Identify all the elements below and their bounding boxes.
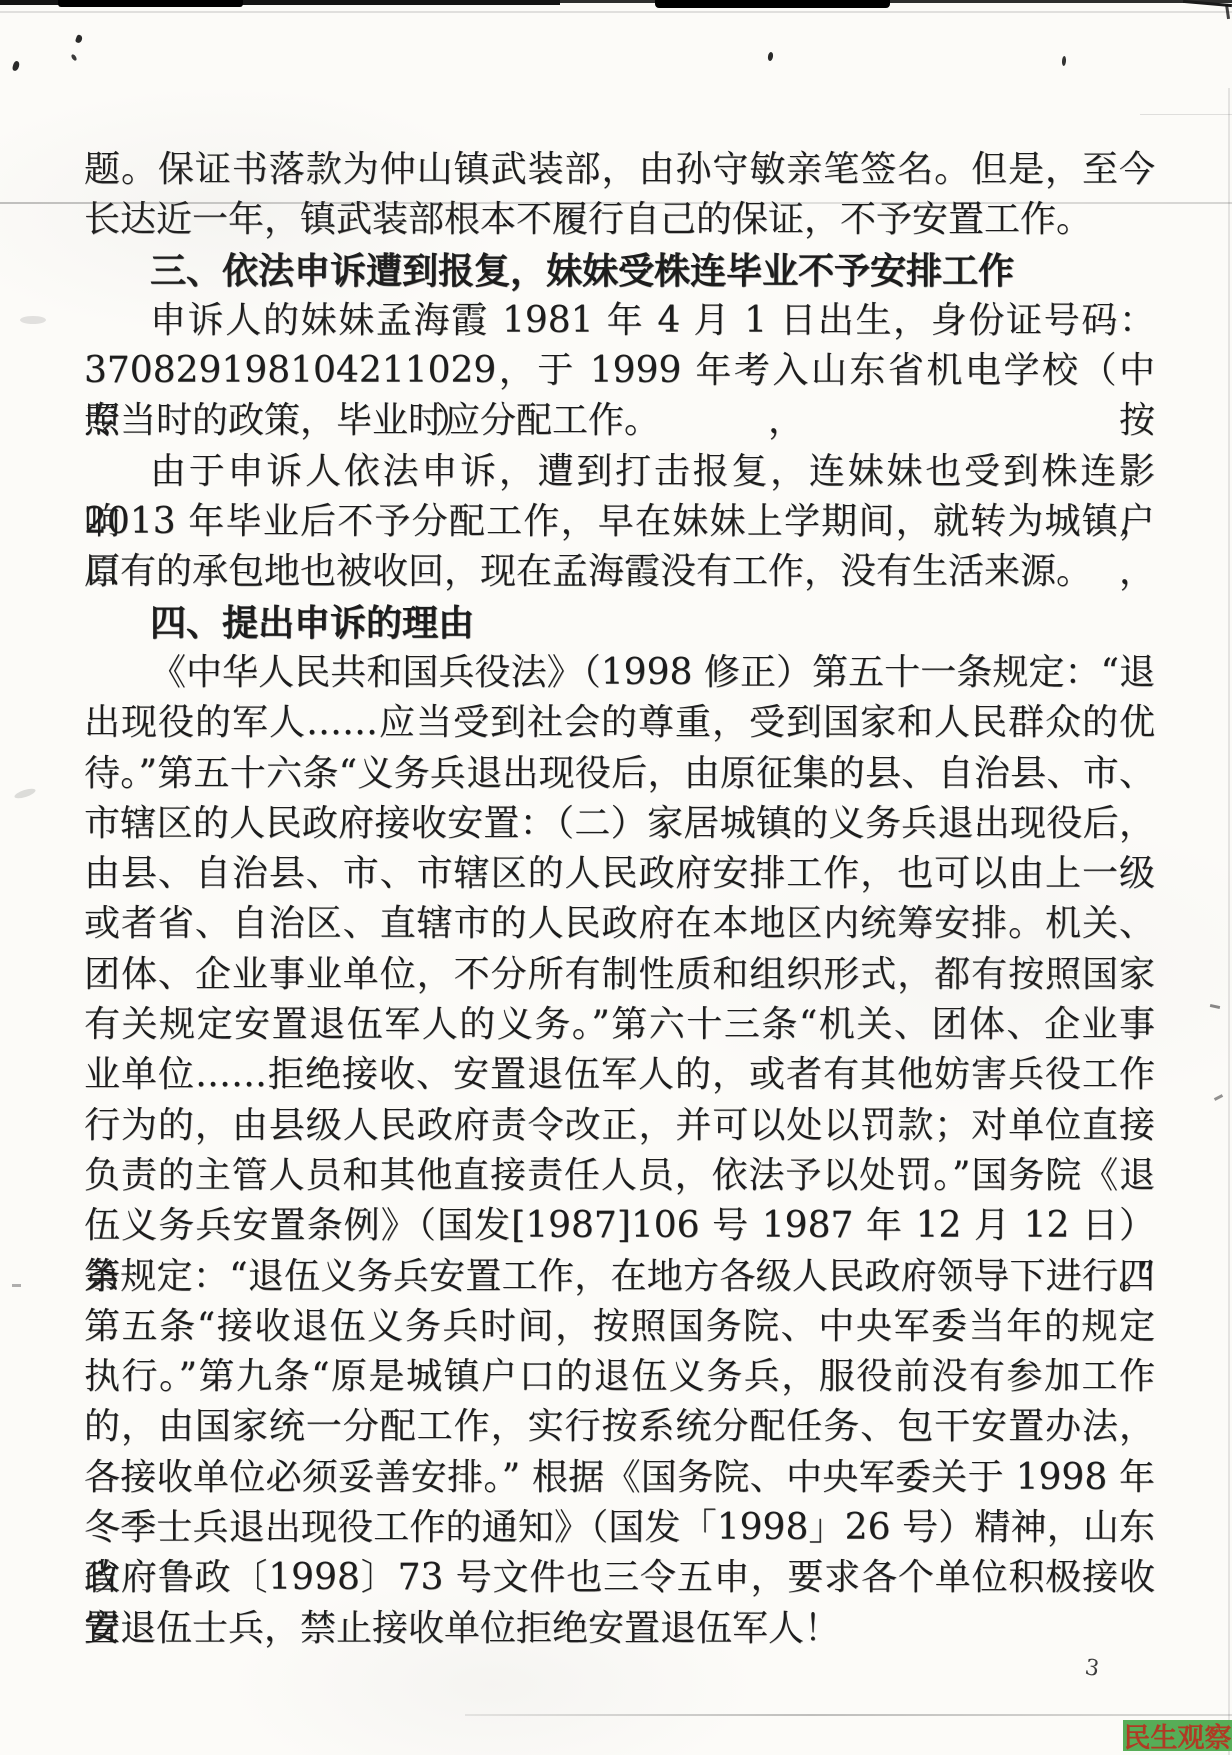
scan-speck bbox=[767, 52, 773, 62]
document-line: 2013 年毕业后不予分配工作，早在妹妹上学期间，就转为城镇户口， bbox=[84, 497, 1155, 547]
scan-speck bbox=[12, 1284, 21, 1287]
document-heading-line: 四、提出申诉的理由 bbox=[84, 598, 1155, 648]
document-line: 业单位……拒绝接收、安置退伍军人的，或者有其他妨害兵役工作 bbox=[84, 1050, 1155, 1100]
scan-speck bbox=[70, 53, 77, 61]
document-line: 或者省、自治区、直辖市的人民政府在本地区内统筹安排。机关、 bbox=[84, 899, 1155, 949]
document-heading-line: 三、依法申诉遭到报复，妹妹受株连毕业不予安排工作 bbox=[84, 246, 1155, 296]
document-line: 伍义务兵安置条例》（国发[1987]106 号 1987 年 12 月 12 日… bbox=[84, 1201, 1155, 1251]
document-line: 政府鲁政〔1998〕73 号文件也三令五申，要求各个单位积极接收安 bbox=[84, 1553, 1155, 1603]
page-number: 3 bbox=[1083, 1655, 1101, 1682]
scan-speck bbox=[75, 34, 83, 44]
scan-artifact-top-bar bbox=[0, 0, 1232, 3]
document-line: 条规定：“退伍义务兵安置工作，在地方各级人民政府领导下进行。” bbox=[84, 1252, 1155, 1302]
document-line: 冬季士兵退出现役工作的通知》（国发「1998」26 号）精神，山东省 bbox=[84, 1503, 1155, 1553]
document-line: 申诉人的妹妹孟海霞 1981 年 4 月 1 日出生，身份证号码： bbox=[84, 296, 1155, 346]
scan-artifact-paper-edge-line bbox=[1228, 88, 1230, 1755]
document-line: 原有的承包地也被收回，现在孟海霞没有工作，没有生活来源。 bbox=[84, 547, 1155, 597]
document-line: 《中华人民共和国兵役法》（1998 修正）第五十一条规定：“退 bbox=[84, 648, 1155, 698]
document-line: 由县、自治县、市、市辖区的人民政府安排工作，也可以由上一级 bbox=[84, 849, 1155, 899]
document-line: 团体、企业事业单位，不分所有制性质和组织形式，都有按照国家 bbox=[84, 950, 1155, 1000]
document-line: 的，由国家统一分配工作，实行按系统分配任务、包干安置办法， bbox=[84, 1402, 1155, 1452]
scan-artifact-faint-line-top bbox=[0, 11, 1232, 13]
document-line: 市辖区的人民政府接收安置：（二）家居城镇的义务兵退出现役后， bbox=[84, 799, 1155, 849]
document-line: 第五条“接收退伍义务兵时间，按照国务院、中央军委当年的规定 bbox=[84, 1302, 1155, 1352]
document-line: 370829198104211029，于 1999 年考入山东省机电学校（中专）… bbox=[84, 346, 1155, 396]
document-line: 各接收单位必须妥善安排。” 根据《国务院、中央军委关于 1998 年 bbox=[84, 1453, 1155, 1503]
scan-artifact-faint-line-right bbox=[1140, 114, 1232, 115]
document-line: 行为的，由县级人民政府责令改正，并可以处以罚款；对单位直接 bbox=[84, 1101, 1155, 1151]
document-line: 长达近一年，镇武装部根本不履行自己的保证，不予安置工作。 bbox=[84, 195, 1155, 245]
scan-speck bbox=[1062, 56, 1067, 66]
document-line: 出现役的军人……应当受到社会的尊重，受到国家和人民群众的优 bbox=[84, 698, 1155, 748]
scan-smudge bbox=[20, 316, 46, 324]
document-text-block: 题。保证书落款为仲山镇武装部，由孙守敏亲笔签名。但是，至今长达近一年，镇武装部根… bbox=[84, 145, 1155, 1654]
scan-smudge bbox=[13, 787, 36, 800]
scan-artifact-top-blob-left bbox=[58, 0, 243, 7]
scan-artifact-top-bar-left bbox=[0, 0, 560, 5]
scan-speck bbox=[1214, 1094, 1223, 1101]
document-line: 由于申诉人依法申诉，遭到打击报复，连妹妹也受到株连影响， bbox=[84, 447, 1155, 497]
document-line: 待。”第五十六条“义务兵退出现役后，由原征集的县、自治县、市、 bbox=[84, 749, 1155, 799]
scan-speck bbox=[12, 60, 20, 71]
document-line: 执行。”第九条“原是城镇户口的退伍义务兵，服役前没有参加工作 bbox=[84, 1352, 1155, 1402]
document-line: 置退伍士兵，禁止接收单位拒绝安置退伍军人！ bbox=[84, 1604, 1155, 1654]
scan-speck bbox=[1210, 1004, 1220, 1009]
scan-artifact-top-blob-mid bbox=[655, 0, 890, 8]
document-line: 题。保证书落款为仲山镇武装部，由孙守敏亲笔签名。但是，至今 bbox=[84, 145, 1155, 195]
document-line: 负责的主管人员和其他直接责任人员，依法予以处罚。”国务院《退 bbox=[84, 1151, 1155, 1201]
document-line: 有关规定安置退伍军人的义务。”第六十三条“机关、团体、企业事 bbox=[84, 1000, 1155, 1050]
scan-artifact-faint-line-bottom bbox=[465, 1714, 1232, 1716]
scan-artifact-top-right-hook bbox=[1183, 0, 1232, 7]
scanned-document-page: 题。保证书落款为仲山镇武装部，由孙守敏亲笔签名。但是，至今长达近一年，镇武装部根… bbox=[0, 0, 1232, 1755]
watermark-badge: 民生观察 bbox=[1123, 1720, 1232, 1751]
scan-artifact-top-right-tick bbox=[1225, 4, 1230, 19]
